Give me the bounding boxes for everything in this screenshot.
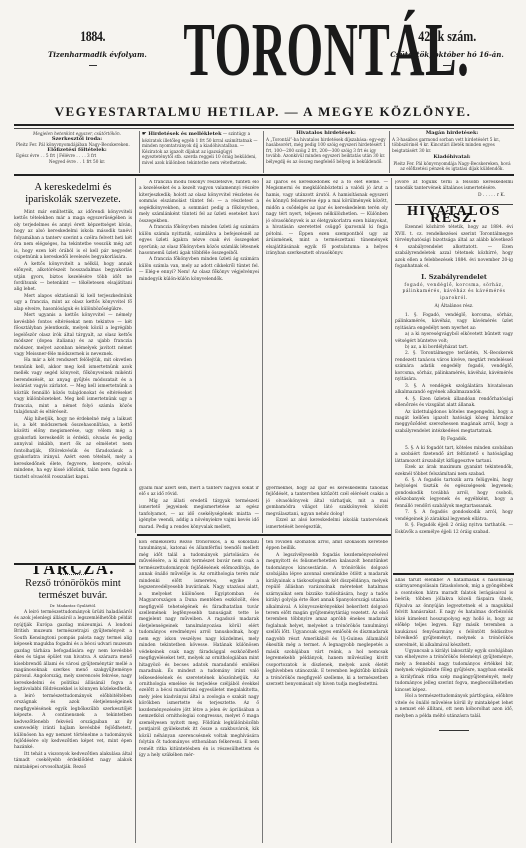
official-section-col: jövőre át fogunk térni a felsőbb kereske… (395, 180, 513, 535)
info-private-text: A 3-hasábos garmond sorban vett hirdetés… (392, 137, 512, 154)
end-rule (439, 730, 469, 731)
newspaper-page: 1884. Tizenharmadik évfolyam. TORONTÁL. … (0, 0, 526, 848)
regulation-paragraph: 2. §. Torontálmegye területén, N.-Becske… (395, 351, 513, 383)
masthead-left: 1884. Tizenharmadik évfolyam. (48, 26, 138, 66)
info-advertising: ☛ Hirdetések és mellékletek — szintúgy a… (142, 131, 260, 173)
article-paragraph: Ha már a két rendszert felölejtük, mit o… (14, 358, 132, 416)
regulation-paragraph: Az üzlettulajdonos köteles megengedni, h… (395, 410, 513, 436)
regulation-paragraph: 6. §. A fogadós tartozik arra felügyelni… (395, 478, 513, 510)
section-heading-a: A) Általános rész. (395, 304, 513, 310)
column-divider (262, 538, 263, 843)
regulation-paragraph: 7. §. A fogadós gondoskodik arról, hogy … (395, 510, 513, 523)
tarcza-col1: TÁRCZA. Rezső trónörökös mint természet … (14, 566, 132, 846)
column-divider (139, 131, 140, 173)
tarcza-paragraph: ten röviden szólhatok arról, amit szokás… (266, 540, 388, 553)
tarcza-paragraph: A leiró természettudományok ürüiti halad… (14, 610, 132, 752)
info-official-ads: Hivatalos hirdetések: A „Torontál“-ba hi… (266, 131, 386, 173)
article-signature: D . . . . . r K. (395, 193, 505, 199)
article-main-col1: A kereskedelmi és ipariskolák szervezete… (14, 178, 132, 533)
tarcza-col2: kon emlékezetű Rezső trónörökös, a ki so… (139, 540, 259, 843)
article-paragraph: Mint már említettük, az időrendi könyvvi… (14, 210, 132, 262)
official-intro: Ezennel közhírré tétetik, hogy az 1884. … (395, 225, 513, 270)
regulation-paragraph: 1. §. Fogadó, vendéglő, korcsma, sörház,… (395, 313, 513, 332)
article-paragraph: gyalni már azért sem, mert a tanterv nag… (139, 486, 259, 499)
regulation-paragraph: a) a ki nyereségvágyból elkövetett bűnte… (395, 332, 513, 345)
official-section-title: HIVATALOS RÉSZ. (395, 209, 513, 222)
article-main-col3-tail: gyermeknél, hogy az ipar és kereskedelmi… (266, 486, 388, 534)
column-divider (135, 538, 136, 843)
tarcza-paragraph: állás tárult elénkbe! A hatalmasak s has… (395, 578, 513, 649)
tarcza-title: TÁRCZA. (23, 566, 123, 572)
article-paragraph: A franczia főkönyvben minden üzleti ág s… (139, 225, 259, 257)
regulation-title: I. Szabályrendelet (395, 274, 513, 280)
issue-number: 42-ik szám. (418, 29, 476, 46)
newspaper-subtitle: VEGYESTARTALMU HETILAP. — A MEGYE KÖZLÖN… (0, 104, 526, 120)
section-heading-b: B) Fogadók. (395, 437, 513, 443)
tarcza-paragraph: Hol a természettudományok pártfogása, el… (395, 694, 513, 720)
tarcza-col3: ten röviden szólhatok arról, amit szokás… (266, 540, 388, 843)
regulation-paragraph: 4. §. Ezen üzletek állandóan rendőrhatós… (395, 397, 513, 410)
tarcza-rule (137, 534, 391, 536)
article-paragraph: Ezzel az alsó kereskedelmi iskolák tante… (266, 518, 388, 531)
tarcza-subtitle: Rezső trónörökös mint természet buvár. (14, 578, 132, 602)
masthead-right: 42-ik szám. Csütörtök, október hó 16-án. (382, 26, 512, 66)
article-paragraph: gyermeknél, hogy az ipar és kereskedelmi… (266, 486, 388, 518)
newspaper-title: TORONTÁL. (183, 12, 344, 88)
tarcza-rule (393, 573, 514, 575)
tarcza-paragraph: Ugyancsak a királyi lakosztály egyik szo… (395, 649, 513, 694)
regulation-paragraph: 3. §. A vendégek szolgálatára hivatalosa… (395, 384, 513, 397)
article-title: A kereskedelmi és ipariskolák szervezete… (14, 182, 132, 206)
column-divider (389, 131, 390, 173)
regulation-paragraph: Ezek az árak maximum gyanánt tekintendők… (395, 465, 513, 478)
column-divider (263, 131, 264, 173)
info-band-rule (14, 174, 514, 176)
column-divider (135, 178, 136, 533)
publication-year: 1884. (81, 29, 106, 46)
regulation-paragraph: 8. §. Fogadók éjjeli 2 óráig nyitva tart… (395, 523, 513, 535)
info-ads-heading: Hirdetések és mellékletek (148, 131, 221, 137)
column-divider (391, 178, 392, 843)
regulation-subtitle: fogadó, vendéglő, korcsma, sörház, pálin… (395, 283, 513, 302)
ornament-dash (443, 65, 451, 66)
article-paragraph: A franczia főkönyvben minden üzleti ág s… (139, 257, 259, 283)
article-paragraph: A franczia módu főkönyv részletezve, tün… (139, 180, 259, 225)
article-paragraph: Mert alapos oktatásnál ki kell terjeszke… (14, 294, 132, 313)
info-subs-line2: Negyed évre . . 1 frt 50 kr. (16, 159, 138, 165)
article-paragraph: Alig hihetjük, hogy ne érdekelné még a l… (14, 417, 132, 482)
article-main-col3: az iparos és kereskedőnek ez a fő élet e… (266, 180, 388, 485)
tarcza-paragraph: Itt tehát a viszonyok kedvezőtlen alakul… (14, 752, 132, 771)
article-paragraph: az iparos és kereskedőnek ez a fő élet e… (266, 180, 388, 257)
edition-label: Tizenharmadik évfolyam. (48, 50, 138, 59)
info-official-text: A „Torontál“-ba hivatalos hirdetések díj… (266, 137, 386, 165)
issue-date: Csütörtök, október hó 16-án. (382, 50, 512, 59)
masthead-rule-thin (14, 128, 514, 129)
tarcza-paragraph: A legszívélyesebb fogadás kezdeményezésé… (266, 553, 388, 689)
regulation-paragraph: 5. §. A ki fogadót tart, köteles minden … (395, 446, 513, 465)
article-main-col2: A franczia módu főkönyv részletezve, tün… (139, 180, 259, 485)
info-subscription: Megjelen hetenkint egyszer, csütörtökön.… (16, 131, 138, 173)
tarcza-paragraph: kon emlékezetű Rezső trónörökös, a ki so… (139, 540, 259, 759)
tarcza-col4: állás tárult elénkbe! A hatalmasak s has… (395, 578, 513, 843)
tarcza-rule (14, 563, 136, 565)
masthead-rule (14, 124, 514, 126)
article-paragraph: A kettős könyvvitelt a nélkül, hogy anna… (14, 262, 132, 294)
ornament-dash (89, 65, 97, 66)
info-publisher-text: Pleitz Fer. Pál könyvnyomdája Nagy-Becsk… (392, 161, 512, 172)
article-paragraph: Mert ugyanis a kettős könyvvitel — némel… (14, 313, 132, 358)
article-paragraph: Míg az állati eredetű tárgyak természeti… (139, 499, 259, 531)
article-main-col2-tail: gyalni már azért sem, mert a tanterv nag… (139, 486, 259, 534)
column-divider (262, 178, 263, 533)
info-private-ads: Magán hirdetések: A 3-hasábos garmond so… (392, 131, 512, 173)
article-paragraph: jövőre át fogunk térni a felsőbb kereske… (395, 180, 513, 193)
